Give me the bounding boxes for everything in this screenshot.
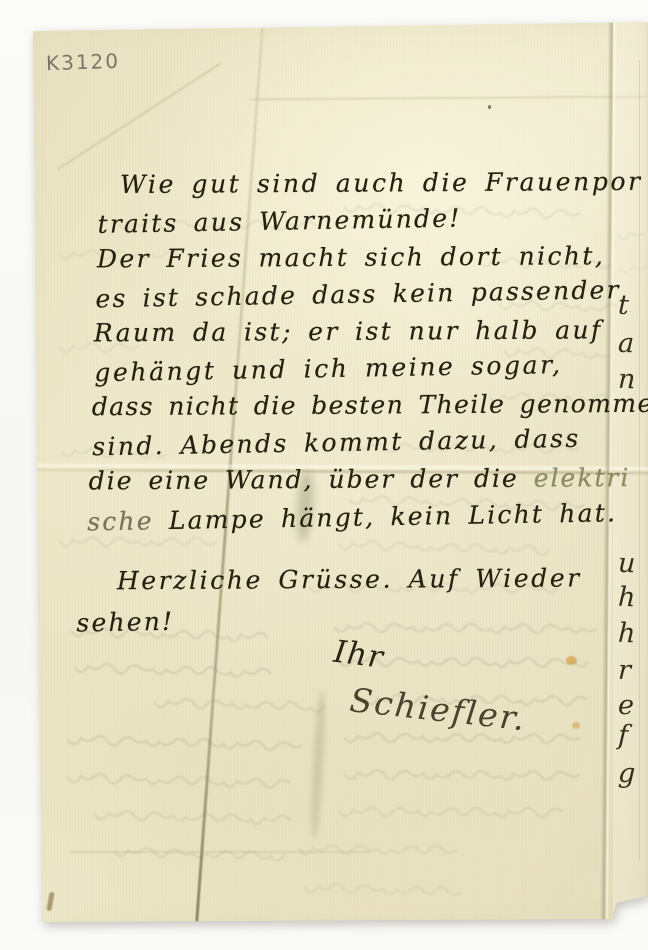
letter-body: Wie gut sind auch die Frauenpor traits a…	[0, 0, 648, 950]
line-text: Der Fries macht sich dort nicht,	[97, 241, 605, 273]
line-text: gehängt und ich meine sogar,	[94, 350, 563, 387]
letter-line: dass nicht die besten Theile genommen	[92, 389, 648, 422]
line-text: sind. Abends kommt dazu, dass	[92, 424, 581, 462]
letter-line: sche Lampe hängt, kein Licht hat.	[87, 498, 617, 536]
signature: Schiefler.	[348, 680, 529, 738]
letter-line: Wie gut sind auch die Frauenpor	[120, 167, 643, 199]
adjacent-page-stroke: n	[617, 364, 635, 396]
adjacent-page-stroke: t	[617, 290, 629, 321]
adjacent-page-stroke: r	[617, 655, 631, 686]
adjacent-page-stroke: h	[617, 618, 635, 650]
line-text: sehen!	[76, 607, 174, 638]
letter-line: traits aus Warnemünde!	[97, 204, 461, 239]
letter-paper: K3120 Wie gut sind auch die Frauenpor tr…	[0, 0, 648, 950]
line-text: sche	[87, 506, 169, 536]
line-text: dass nicht die besten Theile genommen	[92, 389, 648, 422]
scanned-letter-page: K3120 Wie gut sind auch die Frauenpor tr…	[0, 0, 648, 950]
line-text: die eine Wand, über der die	[89, 464, 534, 496]
letter-line: Der Fries macht sich dort nicht,	[97, 241, 605, 273]
letter-line: Raum da ist; er ist nur halb auf	[94, 315, 603, 347]
letter-line: sind. Abends kommt dazu, dass	[92, 424, 581, 462]
line-text: es ist schade dass kein passender	[95, 275, 621, 313]
adjacent-page-stroke: h	[617, 582, 635, 614]
line-text: Lampe hängt, kein Licht hat.	[169, 498, 618, 535]
line-text: Raum da ist; er ist nur halb auf	[94, 315, 603, 347]
letter-line: gehängt und ich meine sogar,	[94, 350, 563, 387]
adjacent-page-stroke: g	[617, 758, 635, 790]
paper-shadow-wrap: K3120 Wie gut sind auch die Frauenpor tr…	[0, 0, 648, 950]
adjacent-page-stroke: f	[617, 720, 628, 751]
adjacent-page-stroke: u	[617, 548, 635, 580]
letter-line: sehen!	[76, 607, 174, 638]
adjacent-page-stroke: e	[617, 690, 634, 722]
valediction: Ihr	[332, 634, 386, 676]
letter-line: die eine Wand, über der die elektri	[89, 463, 631, 495]
line-text: elektri	[534, 463, 631, 493]
line-text: traits aus Warnemünde!	[97, 204, 461, 239]
line-text: Wie gut sind auch die Frauenpor	[120, 167, 643, 199]
line-text: Herzliche Grüsse. Auf Wieder	[117, 563, 582, 595]
letter-line: es ist schade dass kein passender	[95, 275, 621, 313]
adjacent-page-stroke: a	[617, 328, 634, 360]
letter-line: Herzliche Grüsse. Auf Wieder	[117, 563, 582, 595]
